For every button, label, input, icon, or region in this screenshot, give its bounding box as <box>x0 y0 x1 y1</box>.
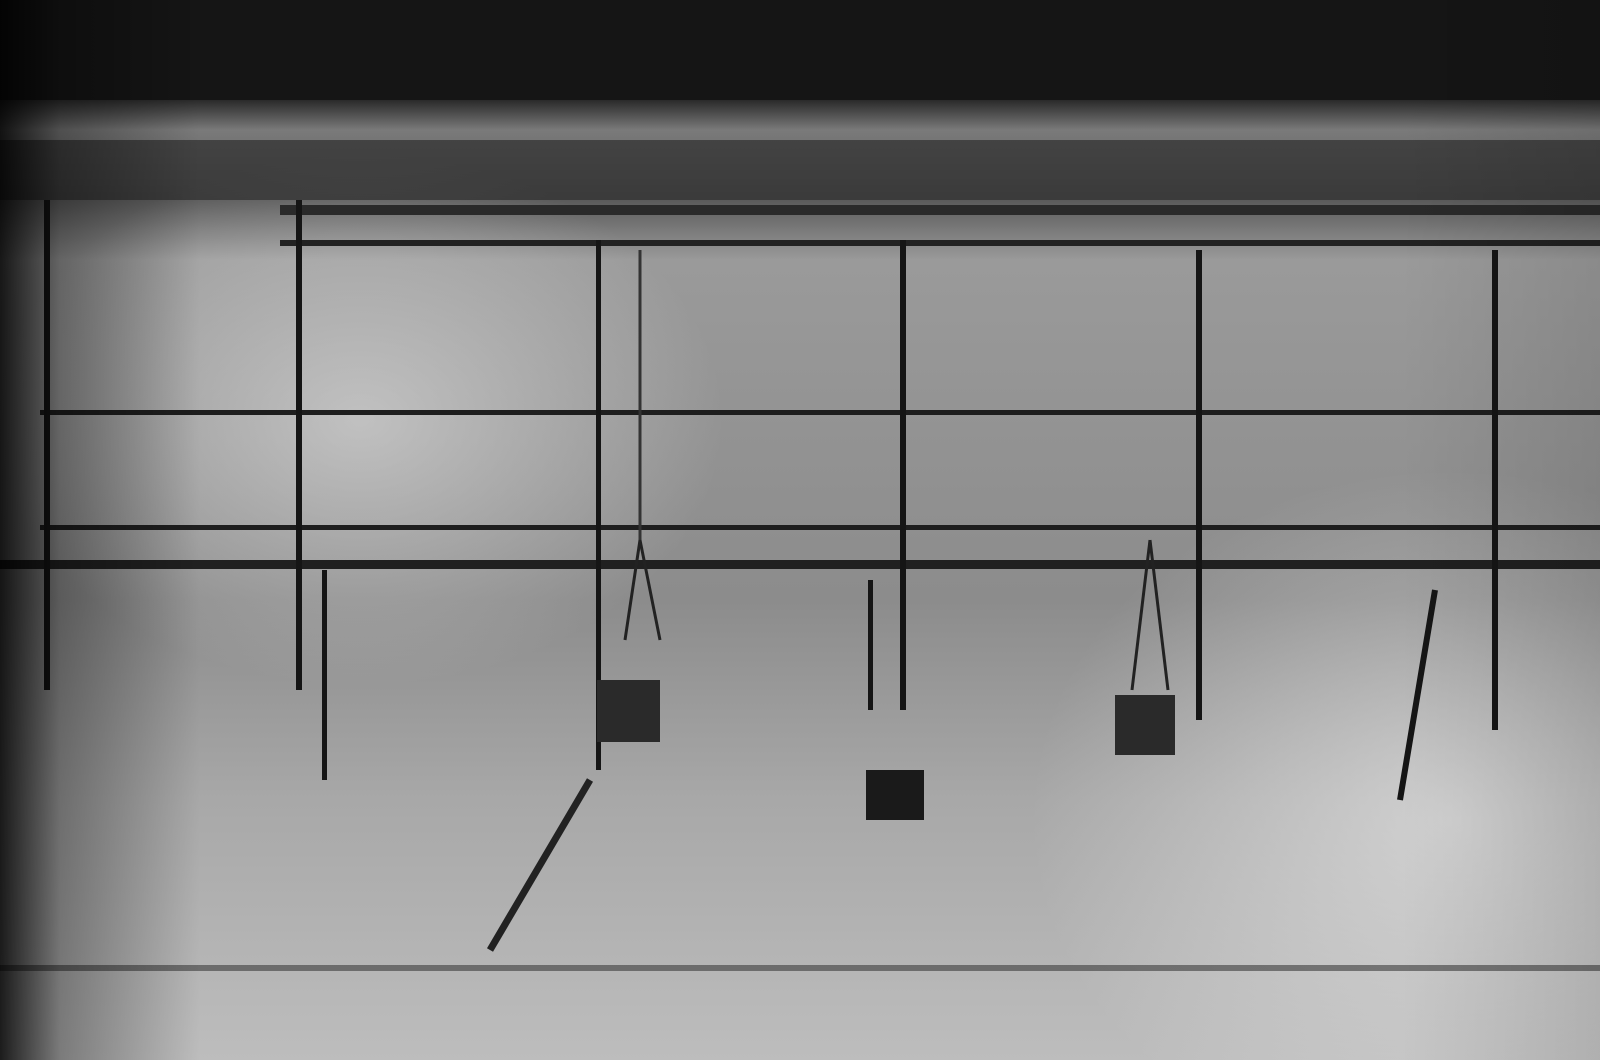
vignette <box>0 0 1600 1060</box>
photo-industrial-wall <box>0 0 1600 1060</box>
